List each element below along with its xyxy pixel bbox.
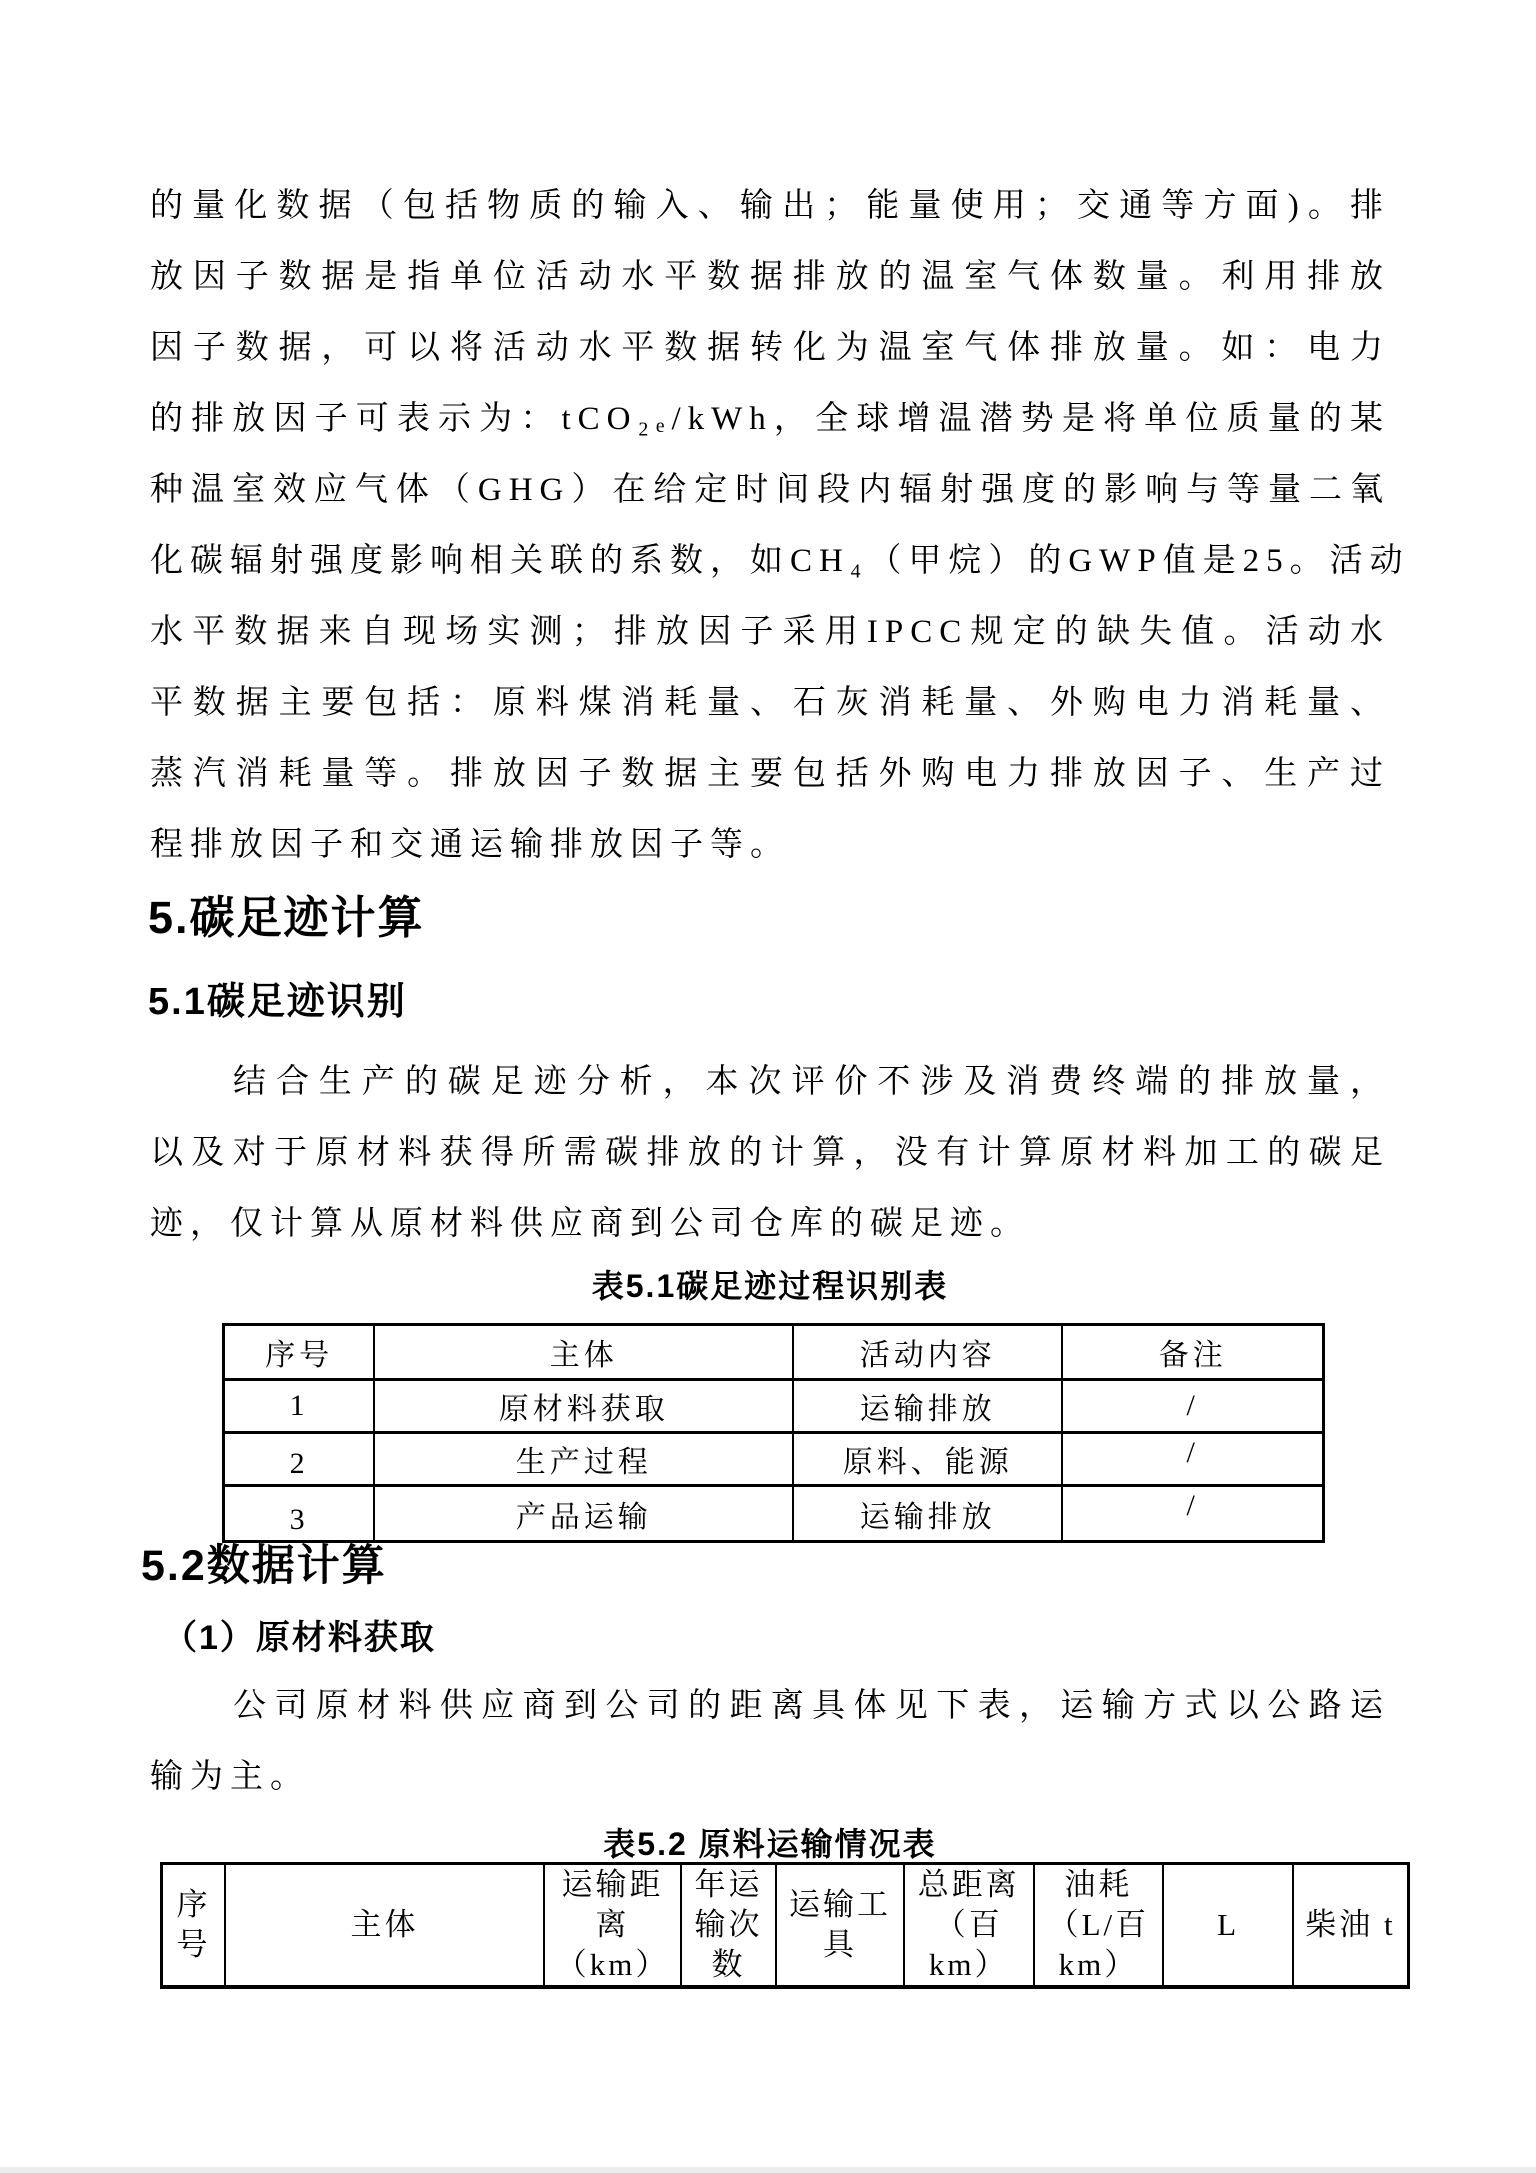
text-line: 放因子数据是指单位活动水平数据排放的温室气体数量。利用排放 xyxy=(150,242,1390,313)
column-header: 运输距 离 （km） xyxy=(544,1864,681,1988)
table-cell: 原料、能源 xyxy=(793,1433,1062,1486)
table-cell: 运输排放 xyxy=(793,1380,1062,1433)
column-header: 运输工 具 xyxy=(776,1864,904,1988)
table-cell: 2 xyxy=(224,1433,375,1486)
table-cell: / xyxy=(1062,1380,1323,1433)
table-row: 1原材料获取运输排放/ xyxy=(224,1380,1324,1433)
column-header: 备注 xyxy=(1062,1325,1323,1380)
text-line: 以及对于原材料获得所需碳排放的计算，没有计算原材料加工的碳足 xyxy=(150,1118,1390,1189)
table-row: 2生产过程原料、能源/ xyxy=(224,1433,1324,1486)
table-header-row: 序号主体活动内容备注 xyxy=(224,1325,1324,1380)
column-header: L xyxy=(1163,1864,1293,1988)
text-line: 蒸汽消耗量等。排放因子数据主要包括外购电力排放因子、生产过 xyxy=(150,739,1390,810)
column-header: 主体 xyxy=(374,1325,793,1380)
text-line: 公司原材料供应商到公司的距离具体见下表，运输方式以公路运 xyxy=(150,1671,1390,1742)
text-line: 迹，仅计算从原材料供应商到公司仓库的碳足迹。 xyxy=(150,1189,1390,1260)
table-header: 序号主体活动内容备注 xyxy=(224,1325,1324,1380)
table-cell: / xyxy=(1062,1486,1323,1542)
heading-5-carbon-footprint-calculation: 5.碳足迹计算 xyxy=(148,891,425,945)
paragraph-identification: 结合生产的碳足迹分析，本次评价不涉及消费终端的排放量，以及对于原材料获得所需碳排… xyxy=(150,1047,1390,1260)
paragraph-raw-material: 公司原材料供应商到公司的距离具体见下表，运输方式以公路运输为主。 xyxy=(150,1671,1390,1813)
table5-1-footprint-process: 序号主体活动内容备注1原材料获取运输排放/2生产过程原料、能源/3产品运输运输排… xyxy=(222,1323,1325,1543)
column-header: 序号 xyxy=(224,1325,375,1380)
column-header: 主体 xyxy=(225,1864,544,1988)
text-line: 化碳辐射强度影响相关联的系数，如CH₄（甲烷）的GWP值是25。活动 xyxy=(150,526,1390,597)
heading-5-1-footprint-identification: 5.1碳足迹识别 xyxy=(148,979,407,1025)
text-line: 的排放因子可表示为：tCO₂ₑ/kWh，全球增温潜势是将单位质量的某 xyxy=(150,384,1390,455)
table-body: 1原材料获取运输排放/2生产过程原料、能源/3产品运输运输排放/ xyxy=(224,1380,1324,1542)
table-cell: 生产过程 xyxy=(374,1433,793,1486)
table-header-row: 序 号主体运输距 离 （km）年运 输次 数运输工 具总距离 （百 km）油耗 … xyxy=(162,1864,1409,1988)
page-bottom-separator xyxy=(0,2167,1536,2173)
table5-2-raw-material-transport: 序 号主体运输距 离 （km）年运 输次 数运输工 具总距离 （百 km）油耗 … xyxy=(160,1862,1410,1989)
table-cell: 原材料获取 xyxy=(374,1380,793,1433)
text-line: 平数据主要包括：原料煤消耗量、石灰消耗量、外购电力消耗量、 xyxy=(150,668,1390,739)
table-row: 3产品运输运输排放/ xyxy=(224,1486,1324,1542)
paragraph-emission-factor: 的量化数据（包括物质的输入、输出；能量使用；交通等方面)。排放因子数据是指单位活… xyxy=(150,171,1390,881)
text-line: 种温室效应气体（GHG）在给定时间段内辐射强度的影响与等量二氧 xyxy=(150,455,1390,526)
text-line: 结合生产的碳足迹分析，本次评价不涉及消费终端的排放量， xyxy=(150,1047,1390,1118)
text-line: 的量化数据（包括物质的输入、输出；能量使用；交通等方面)。排 xyxy=(150,171,1390,242)
column-header: 总距离 （百 km） xyxy=(904,1864,1034,1988)
table-header: 序 号主体运输距 离 （km）年运 输次 数运输工 具总距离 （百 km）油耗 … xyxy=(162,1864,1409,1988)
table5-1-caption: 表5.1碳足迹过程识别表 xyxy=(150,1266,1390,1306)
text-line: 输为主。 xyxy=(150,1742,1390,1813)
column-header: 柴油 t xyxy=(1293,1864,1409,1988)
subheading-1-raw-material-acquisition: （1）原材料获取 xyxy=(163,1617,436,1659)
table5-2-caption: 表5.2 原料运输情况表 xyxy=(150,1824,1390,1864)
column-header: 序 号 xyxy=(162,1864,225,1988)
text-line: 因子数据，可以将活动水平数据转化为温室气体排放量。如：电力 xyxy=(150,313,1390,384)
document-page: 的量化数据（包括物质的输入、输出；能量使用；交通等方面)。排放因子数据是指单位活… xyxy=(0,0,1536,2173)
table-cell: 1 xyxy=(224,1380,375,1433)
column-header: 年运 输次 数 xyxy=(681,1864,776,1988)
text-line: 程排放因子和交通运输排放因子等。 xyxy=(150,810,1390,881)
table-cell: 产品运输 xyxy=(374,1486,793,1542)
table-cell: / xyxy=(1062,1433,1323,1486)
table-cell: 运输排放 xyxy=(793,1486,1062,1542)
heading-5-2-data-calculation: 5.2数据计算 xyxy=(141,1540,387,1592)
text-line: 水平数据来自现场实测；排放因子采用IPCC规定的缺失值。活动水 xyxy=(150,597,1390,668)
column-header: 活动内容 xyxy=(793,1325,1062,1380)
column-header: 油耗 （L/百 km） xyxy=(1034,1864,1164,1988)
table-cell: 3 xyxy=(224,1486,375,1542)
